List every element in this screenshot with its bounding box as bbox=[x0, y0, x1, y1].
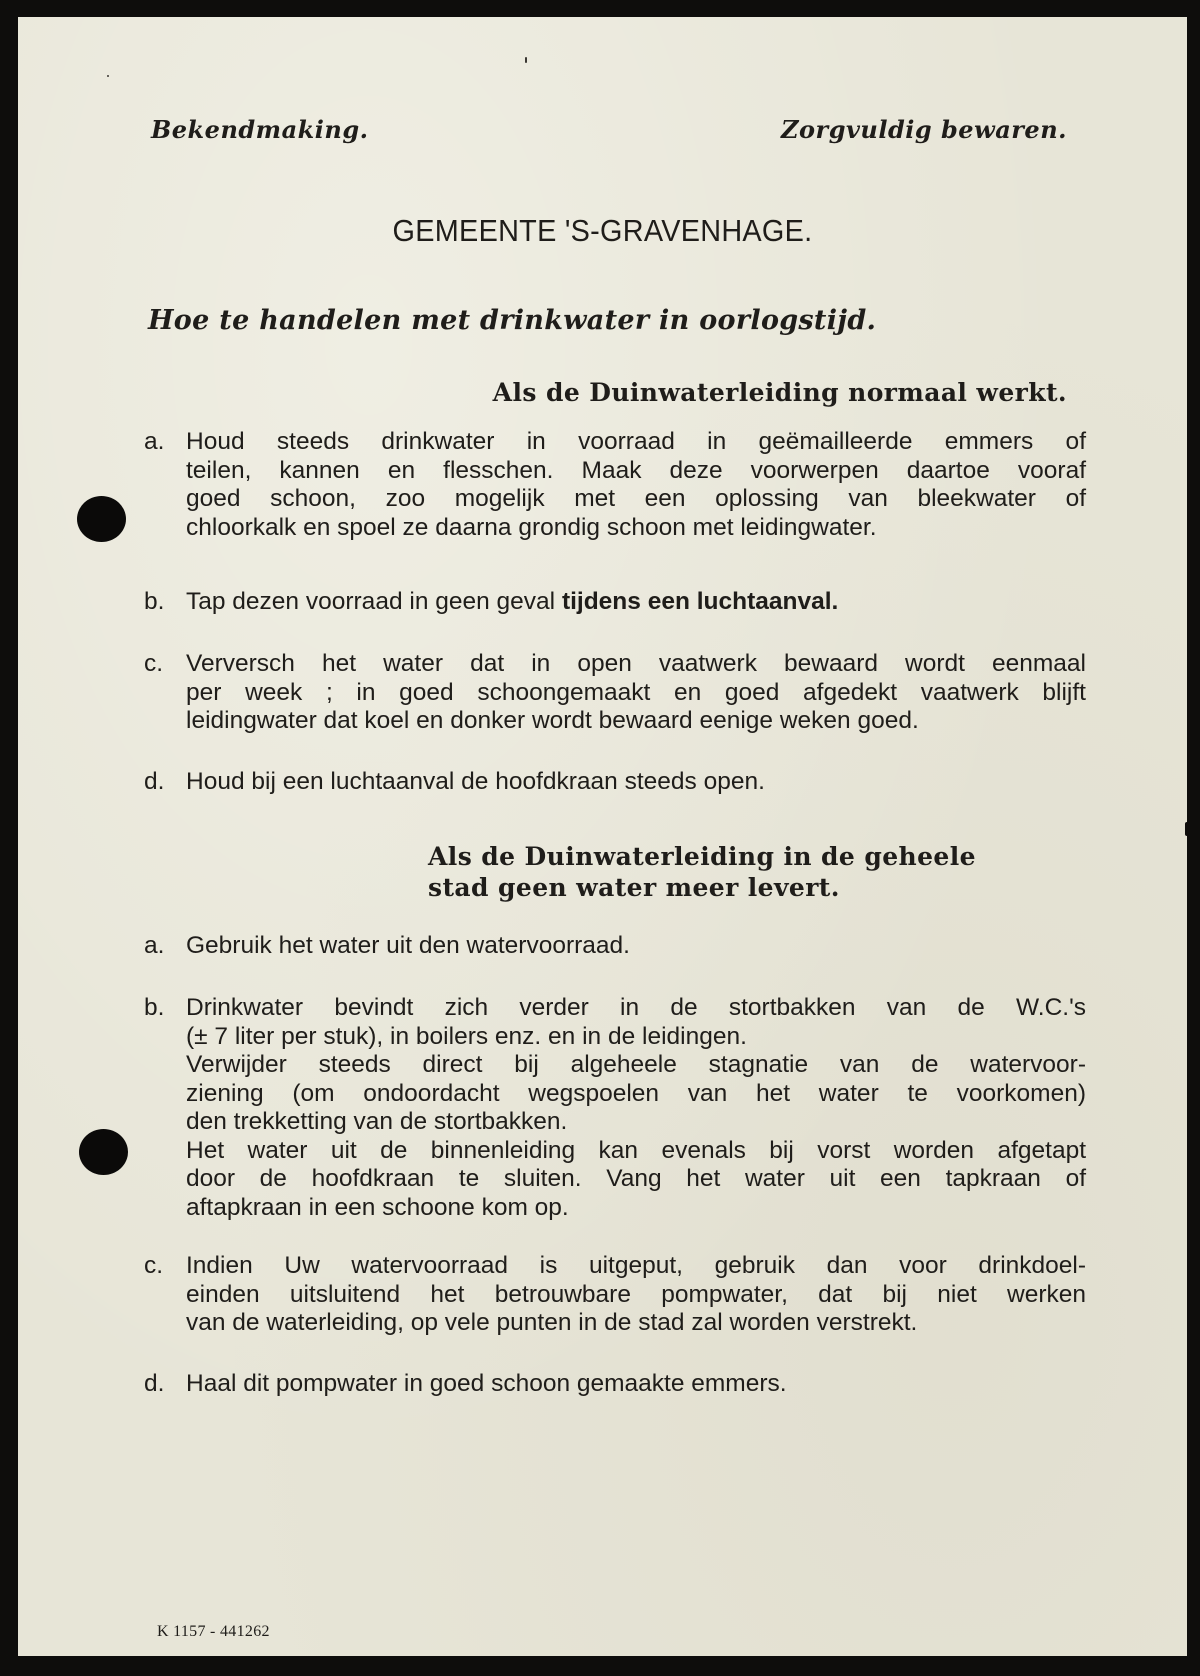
text-line: per week ; in goed schoongemaakt en goed… bbox=[186, 679, 1086, 708]
list-item-text: Verversch het water dat in open vaatwerk… bbox=[186, 650, 1086, 736]
text-line: Indien Uw watervoorraad is uitgeput, geb… bbox=[186, 1252, 1086, 1281]
fold-notch bbox=[1185, 822, 1189, 836]
text-line: Gebruik het water uit den watervoorraad. bbox=[186, 932, 1086, 961]
text-line: (± 7 liter per stuk), in boilers enz. en… bbox=[186, 1023, 1086, 1052]
text-line: teilen, kannen en flesschen. Maak deze v… bbox=[186, 457, 1086, 486]
list-marker: c. bbox=[144, 1252, 184, 1281]
list-item-text: Drinkwater bevindt zich verder in de sto… bbox=[186, 994, 1086, 1222]
text-line: einden uitsluitend het betrouwbare pompw… bbox=[186, 1281, 1086, 1310]
list-item: a. Houd steeds drinkwater in voorraad in… bbox=[144, 428, 1086, 542]
list-item: d. Haal dit pompwater in goed schoon gem… bbox=[144, 1370, 1086, 1399]
punch-hole-top bbox=[77, 496, 126, 542]
organization-title: GEMEENTE 'S-GRAVENHAGE. bbox=[59, 213, 1146, 249]
text-line: ziening (om ondoordacht wegspoelen van h… bbox=[186, 1080, 1086, 1109]
document-subtitle: Hoe te handelen met drinkwater in oorlog… bbox=[148, 305, 876, 336]
text-line: Drinkwater bevindt zich verder in de sto… bbox=[186, 994, 1086, 1023]
footer-print-code: K 1157 - 441262 bbox=[157, 1623, 270, 1641]
list-marker: a. bbox=[144, 932, 184, 961]
heading-line: stad geen water meer levert. bbox=[428, 872, 1067, 903]
text-line: Verwijder steeds direct bij algeheele st… bbox=[186, 1051, 1086, 1080]
list-marker: d. bbox=[144, 1370, 184, 1399]
list-item-text: Haal dit pompwater in goed schoon gemaak… bbox=[186, 1370, 1086, 1399]
list-item-text: Houd steeds drinkwater in voorraad in ge… bbox=[186, 428, 1086, 542]
list-item-text: Tap dezen voorraad in geen geval tijdens… bbox=[186, 588, 1086, 617]
text-line: van de waterleiding, op vele punten in d… bbox=[186, 1309, 1086, 1338]
section-heading-no-water: Als de Duinwaterleiding in de geheele st… bbox=[428, 841, 1067, 903]
list-marker: b. bbox=[144, 994, 184, 1023]
text-line: Houd bij een luchtaanval de hoofdkraan s… bbox=[186, 768, 1086, 797]
text-plain: Tap dezen voorraad in geen geval bbox=[186, 588, 562, 615]
text-line: Verversch het water dat in open vaatwerk… bbox=[186, 650, 1086, 679]
paper-speck bbox=[525, 57, 527, 63]
text-line: Het water uit de binnenleiding kan evena… bbox=[186, 1137, 1086, 1166]
document-page: Bekendmaking. Zorgvuldig bewaren. GEMEEN… bbox=[18, 17, 1187, 1656]
list-marker: a. bbox=[144, 428, 184, 457]
header-left: Bekendmaking. bbox=[151, 115, 368, 144]
heading-line: Als de Duinwaterleiding in de geheele bbox=[428, 841, 1067, 872]
list-item: b. Drinkwater bevindt zich verder in de … bbox=[144, 994, 1086, 1222]
punch-hole-bottom bbox=[79, 1129, 128, 1175]
paper-speck bbox=[107, 75, 109, 77]
list-marker: d. bbox=[144, 768, 184, 797]
list-item: c. Verversch het water dat in open vaatw… bbox=[144, 650, 1086, 736]
list-item: a. Gebruik het water uit den watervoorra… bbox=[144, 932, 1086, 961]
list-item: d. Houd bij een luchtaanval de hoofdkraa… bbox=[144, 768, 1086, 797]
header-right: Zorgvuldig bewaren. bbox=[781, 115, 1067, 144]
text-line: chloorkalk en spoel ze daarna grondig sc… bbox=[186, 514, 1086, 543]
text-line: Houd steeds drinkwater in voorraad in ge… bbox=[186, 428, 1086, 457]
text-line: aftapkraan in een schoone kom op. bbox=[186, 1194, 1086, 1223]
list-marker: c. bbox=[144, 650, 184, 679]
text-line: door de hoofdkraan te sluiten. Vang het … bbox=[186, 1165, 1086, 1194]
list-item-text: Houd bij een luchtaanval de hoofdkraan s… bbox=[186, 768, 1086, 797]
list-item-text: Indien Uw watervoorraad is uitgeput, geb… bbox=[186, 1252, 1086, 1338]
text-line: Haal dit pompwater in goed schoon gemaak… bbox=[186, 1370, 1086, 1399]
text-line: den trekketting van de stortbakken. bbox=[186, 1108, 1086, 1137]
text-line: goed schoon, zoo mogelijk met een oploss… bbox=[186, 485, 1086, 514]
list-item: c. Indien Uw watervoorraad is uitgeput, … bbox=[144, 1252, 1086, 1338]
section-heading-normal: Als de Duinwaterleiding normaal werkt. bbox=[493, 377, 1067, 408]
text-emphasis: tijdens een luchtaanval. bbox=[562, 588, 838, 615]
text-line: leidingwater dat koel en donker wordt be… bbox=[186, 707, 1086, 736]
list-item: b. Tap dezen voorraad in geen geval tijd… bbox=[144, 588, 1086, 617]
list-marker: b. bbox=[144, 588, 184, 617]
list-item-text: Gebruik het water uit den watervoorraad. bbox=[186, 932, 1086, 961]
